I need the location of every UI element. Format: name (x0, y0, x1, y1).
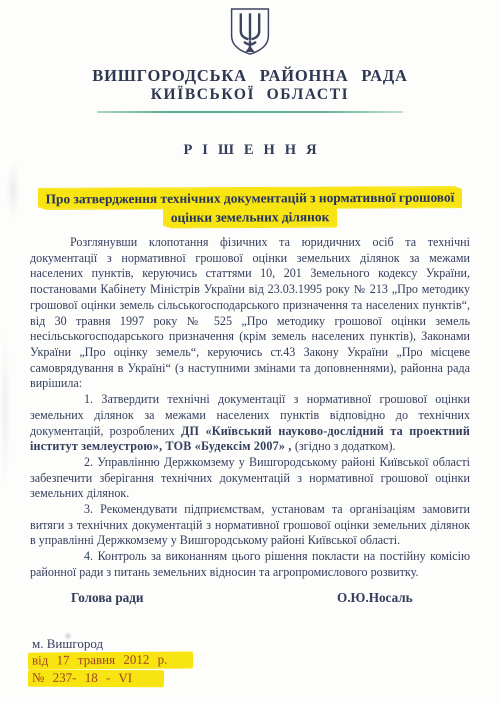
scanned-decision-document: ВИШГОРОДСЬКА РАЙОННА РАДА КИЇВСЬКОЇ ОБЛА… (0, 0, 500, 703)
scan-smudge (6, 160, 20, 220)
decision-item-2: 2. Управлінню Держкомзему у Вишгородсько… (30, 455, 470, 502)
org-name-line1: ВИШГОРОДСЬКА РАЙОННА РАДА (0, 66, 500, 86)
document-body: Розглянувши клопотання фізичних та юриди… (30, 235, 470, 580)
ukraine-trident-emblem (227, 7, 273, 57)
document-type-heading: РІШЕННЯ (0, 142, 500, 159)
document-title-block: Про затвердження технічних документацій … (40, 187, 460, 227)
signatory-name: О.Ю.Носаль (337, 590, 413, 606)
decision-item-4: 4. Контроль за виконанням цього рішення … (30, 549, 470, 580)
org-name-line2: КИЇВСЬКОЇ ОБЛАСТІ (0, 86, 500, 104)
highlighted-decision-number: № 237- 18 - VI (28, 669, 164, 686)
document-footer: м. Вишгород від 17 травня 2012 р. № 237-… (28, 636, 500, 687)
scan-smudge (0, 330, 10, 490)
decision-item-3: 3. Рекомендувати підприємствам, установа… (30, 502, 470, 549)
decision-item-1: 1. Затвердити технічні документації з но… (30, 392, 470, 455)
highlighted-date: від 17 травня 2012 р. (28, 651, 193, 669)
emblem-container (0, 0, 500, 62)
header-divider-line (97, 111, 403, 113)
signature-row: Голова ради О.Ю.Носаль (0, 590, 500, 607)
footer-number-row: № 237- 18 - VI (28, 670, 500, 687)
highlighted-title: Про затвердження технічних документацій … (41, 187, 460, 227)
footer-city: м. Вишгород (32, 636, 500, 652)
signatory-position: Голова ради (71, 590, 144, 606)
footer-date-row: від 17 травня 2012 р. (28, 652, 500, 669)
item-1-tail: (згідно з додатком). (295, 439, 396, 453)
preamble-paragraph: Розглянувши клопотання фізичних та юриди… (30, 235, 470, 392)
